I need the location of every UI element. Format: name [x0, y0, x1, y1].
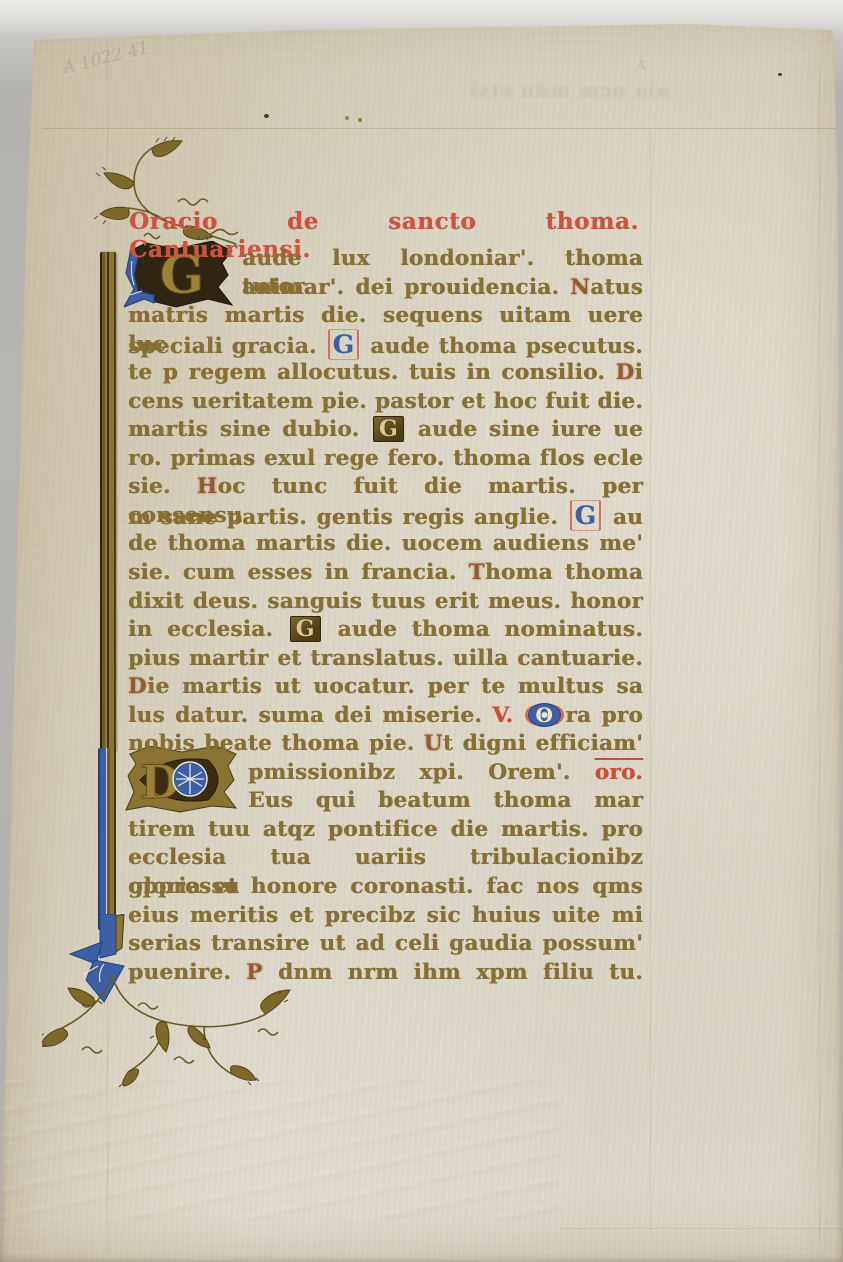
- ink-speck: [103, 32, 107, 35]
- gold-dot: [358, 118, 362, 122]
- inline-decorated-initial: G: [290, 616, 321, 642]
- text-segment: sie.: [128, 474, 197, 499]
- text-segment: P: [246, 960, 262, 985]
- text-segment: D: [128, 674, 147, 699]
- text-line: martis sine dubio. G aude sine iure ue: [128, 416, 643, 445]
- text-line: pmissionibz xpi. Orem'. oro.: [128, 759, 643, 788]
- text-segment: pmissionibz xpi. Orem'.: [248, 760, 595, 785]
- text-segment: Eus qui beatum thoma mar: [248, 788, 643, 813]
- text-segment: speciali gracia.: [128, 334, 326, 359]
- verso-show-through: uia ncm mdn etsi: [250, 78, 670, 105]
- rubric-heading: Oracio de sancto thoma. Cantuariensi.: [129, 208, 639, 236]
- text-segment: V.: [492, 703, 513, 728]
- text-line: sie. cum esses in francia. Thoma thoma: [128, 559, 643, 588]
- photo-background: uia ncm mdn etsi A 1022 41 A: [0, 0, 843, 1262]
- text-line: ecclesia tua uariis tribulacionibz oppre…: [128, 844, 643, 873]
- inline-decorated-initial: G: [570, 501, 602, 530]
- text-segment: au: [603, 505, 643, 530]
- text-segment: te p regem allocutus. tuis in consilio.: [128, 360, 616, 385]
- text-segment: [513, 703, 523, 728]
- text-segment: oro.: [595, 760, 643, 785]
- text-segment: tirem tuu atqz pontifice die martis. pro: [128, 817, 643, 842]
- ruled-line: [42, 128, 836, 129]
- text-line: in ecclesia. G aude thoma nominatus.: [128, 616, 643, 645]
- text-segment: in ecclesia.: [128, 617, 288, 642]
- border-bar-upper: [100, 252, 116, 752]
- gold-dot: [345, 116, 349, 120]
- text-segment: dnm nrm ihm xpm filiu tu.: [263, 960, 643, 985]
- text-segment: U: [424, 731, 443, 756]
- text-line: eius meritis et precibz sic huius uite m…: [128, 902, 643, 931]
- text-segment: pius martir et translatus. uilla cantuar…: [128, 646, 643, 671]
- parchment-creases: [0, 1080, 560, 1220]
- text-segment: T: [469, 560, 485, 585]
- text-segment: H: [197, 474, 218, 499]
- text-line: puenire. P dnm nrm ihm xpm filiu tu.: [128, 959, 643, 988]
- text-line: Eus qui beatum thoma mar: [128, 787, 643, 816]
- text-line: aude lux londoniar'. thoma tutor: [128, 245, 643, 274]
- inline-decorated-initial: G: [373, 416, 404, 442]
- text-line: dixit deus. sanguis tuus erit meus. hono…: [128, 588, 643, 617]
- text-segment: atus: [590, 275, 643, 300]
- text-segment: ro. primas exul rege fero. thoma flos ec…: [128, 446, 643, 471]
- ink-speck: [264, 114, 269, 118]
- ruled-line: [560, 1228, 843, 1229]
- text-segment: serias transire ut ad celi gaudia possum…: [128, 931, 643, 956]
- text-segment: de thoma martis die. uocem audiens me': [128, 531, 643, 556]
- inline-decorated-initial: G: [328, 330, 360, 359]
- text-line: cens ueritatem pie. pastor et hoc fuit d…: [128, 388, 643, 417]
- text-segment: i: [635, 360, 643, 385]
- text-line: lus datur. suma dei miserie. V. Ora pro: [128, 702, 643, 731]
- text-segment: ie martis ut uocatur. per te multus sa: [147, 674, 643, 699]
- text-line: m sane partis. gentis regis anglie. G au: [128, 502, 643, 531]
- text-segment: homa thoma: [485, 560, 643, 585]
- text-line: ro. primas exul rege fero. thoma flos ec…: [128, 445, 643, 474]
- foliate-spray-bottom: [42, 972, 294, 1087]
- text-segment: ra pro: [565, 703, 643, 728]
- pencil-inscription: A 1022 41: [61, 38, 151, 79]
- text-segment: lus datur. suma dei miserie.: [128, 703, 492, 728]
- text-segment: eius meritis et precibz sic huius uite m…: [128, 903, 643, 928]
- text-line: Die martis ut uocatur. per te multus sa: [128, 673, 643, 702]
- text-line: tirem tuu atqz pontifice die martis. pro: [128, 816, 643, 845]
- pencil-inscription: A: [635, 58, 647, 75]
- text-line: matris martis die. sequens uitam uere lu…: [128, 302, 643, 331]
- text-segment: cens ueritatem pie. pastor et hoc fuit d…: [128, 389, 643, 414]
- text-line: sie. Hoc tunc fuit die martis. per conse…: [128, 473, 643, 502]
- text-segment: dixit deus. sanguis tuus erit meus. hono…: [128, 589, 643, 614]
- text-line: gloria et honore coronasti. fac nos qms: [128, 873, 643, 902]
- text-line: serias transire ut ad celi gaudia possum…: [128, 930, 643, 959]
- text-segment: animar'. dei prouidencia.: [242, 275, 570, 300]
- text-block: aude lux londoniar'. thoma tutoranimar'.…: [128, 245, 643, 987]
- text-segment: D: [616, 360, 635, 385]
- text-segment: N: [570, 275, 590, 300]
- text-segment: aude thoma psecutus.: [361, 334, 643, 359]
- manuscript-leaf: uia ncm mdn etsi A 1022 41 A: [0, 0, 843, 1262]
- text-segment: aude thoma nominatus.: [323, 617, 643, 642]
- text-line: nobis beate thoma pie. Ut digni efficiam…: [128, 730, 643, 759]
- text-line: de thoma martis die. uocem audiens me': [128, 530, 643, 559]
- text-segment: aude sine iure ue: [406, 417, 643, 442]
- text-segment: martis sine dubio.: [128, 417, 371, 442]
- text-segment: nobis beate thoma pie.: [128, 731, 424, 756]
- text-line: animar'. dei prouidencia. Natus: [128, 274, 643, 303]
- text-line: speciali gracia. G aude thoma psecutus.: [128, 331, 643, 360]
- text-segment: puenire.: [128, 960, 246, 985]
- inline-decorated-initial: O: [528, 703, 562, 727]
- text-segment: sie. cum esses in francia.: [128, 560, 469, 585]
- text-segment: gloria et honore coronasti. fac nos qms: [128, 874, 643, 899]
- text-segment: t digni efficiam': [443, 731, 643, 756]
- ink-speck: [778, 73, 782, 76]
- text-line: pius martir et translatus. uilla cantuar…: [128, 645, 643, 674]
- text-segment: m sane partis. gentis regis anglie.: [128, 505, 568, 530]
- text-line: te p regem allocutus. tuis in consilio. …: [128, 359, 643, 388]
- ruled-line: [650, 130, 651, 1230]
- border-bar-lower: [98, 748, 116, 930]
- ruled-line: [819, 70, 820, 1240]
